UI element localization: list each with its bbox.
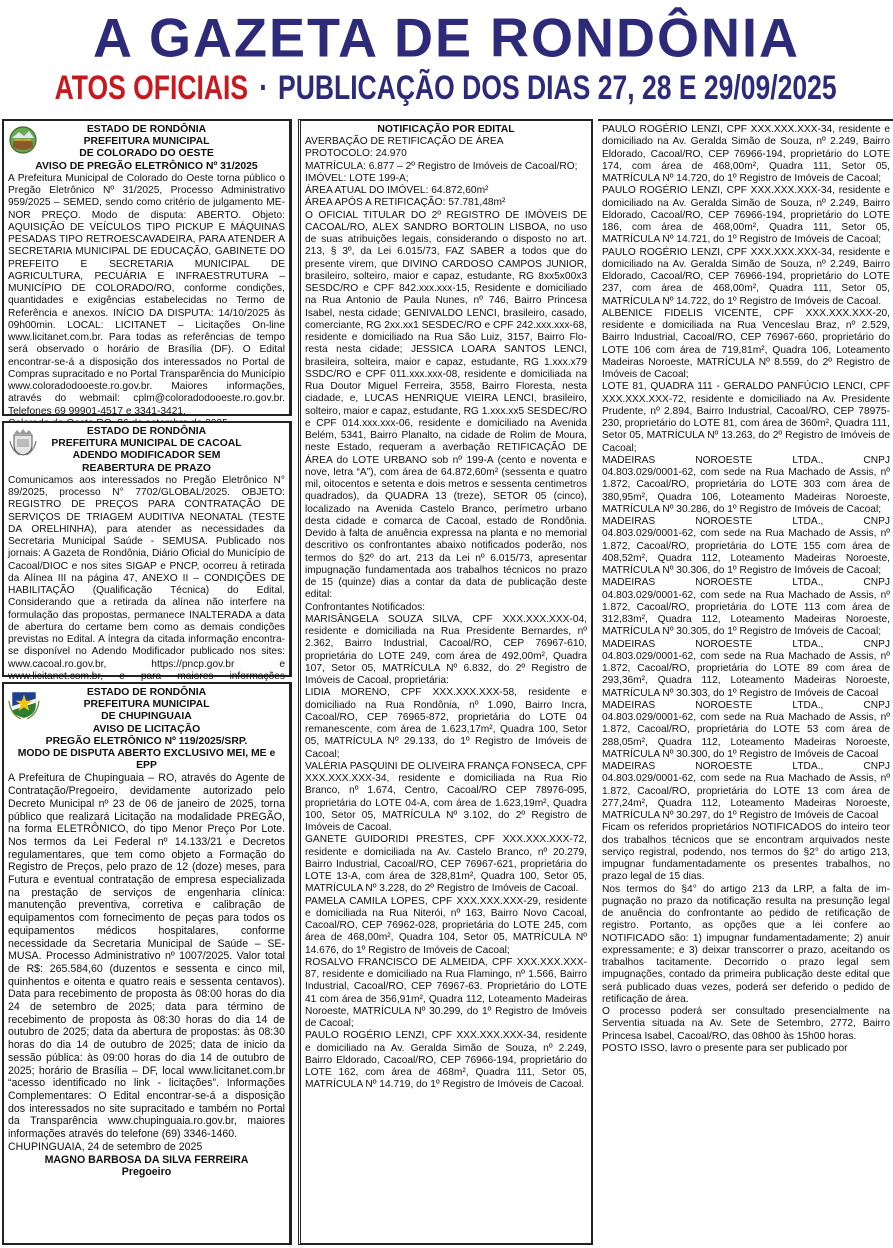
- edital-header-line: AVERBAÇÃO DE RETIFICAÇÃO DE ÁREA: [305, 136, 587, 148]
- edital-closing-paragraph: Nos termos do §4° do artigo 213 da LRP, …: [602, 884, 890, 1007]
- confrontante-entry: PAULO ROGÉRIO LENZI, CPF XXX.XXX.XXX-34,…: [305, 1030, 587, 1091]
- company-name-word: LTDA.,: [792, 455, 823, 467]
- madeiras-header: MADEIRASNOROESTELTDA.,CNPJ: [602, 639, 890, 651]
- edital-column-right: PAULO ROGÉRIO LENZI, CPF XXX.XXX.XXX-34,…: [598, 119, 893, 1245]
- confrontante-entry: PAMELA CAMILA LOPES, CPF XXX.XXX.XXX-29,…: [305, 896, 587, 957]
- madeiras-entry: 04.803.029/0001-62, com sede na Rua Mach…: [602, 467, 890, 516]
- edital-closing-paragraph: O processo poderá ser consultado presenc…: [602, 1006, 890, 1043]
- notice-heading-line: DE CHUPINGUAIA: [8, 711, 285, 723]
- separator-dot: ·: [259, 66, 268, 110]
- confrontante-entry: ALBENICE FIDELIS VICENTE, CPF XXX.XXX.XX…: [602, 308, 890, 382]
- madeiras-header: MADEIRASNOROESTELTDA.,CNPJ: [602, 455, 890, 467]
- signatory-name: MAGNO BARBOSA DA SILVA FERREIRA: [4, 1154, 289, 1166]
- edital-closing-paragraph: Ficam os referidos proprietários NOTIFIC…: [602, 822, 890, 883]
- edital-header-line: ÁREA APÓS A RETIFICAÇÃO: 57.781,48m²: [305, 197, 587, 209]
- company-cnpj-label: CNPJ: [863, 577, 890, 589]
- company-cnpj-label: CNPJ: [863, 639, 890, 651]
- notice-cacoal: ESTADO DE RONDÔNIA PREFEITURA MUNICIPAL …: [2, 421, 292, 677]
- notice-heading-line: PREFEITURA MUNICIPAL: [8, 136, 285, 148]
- notice-heading-line: ESTADO DE RONDÔNIA: [8, 426, 285, 438]
- notice-heading-line: MODO DE DISPUTA ABERTO EXCLUSIVO MEI, ME…: [8, 748, 285, 772]
- notice-heading-line: PREFEITURA MUNICIPAL: [8, 699, 285, 711]
- confrontante-entry: ROSALVO FRANCISCO DE ALMEIDA, CPF XXX.XX…: [305, 957, 587, 1031]
- notice-heading-line: AVISO DE LICITAÇÃO: [8, 724, 285, 736]
- madeiras-header: MADEIRASNOROESTELTDA.,CNPJ: [602, 516, 890, 528]
- company-name-word: MADEIRAS: [602, 455, 655, 467]
- edital-header-line: ÁREA ATUAL DO IMÓVEL: 64.872,60m²: [305, 185, 587, 197]
- company-name-word: NOROESTE: [695, 639, 752, 651]
- company-cnpj-label: CNPJ: [863, 455, 890, 467]
- company-name-word: LTDA.,: [792, 516, 823, 528]
- edital-title: NOTIFICAÇÃO POR EDITAL: [305, 124, 587, 136]
- company-cnpj-label: CNPJ: [863, 700, 890, 712]
- confrontante-entry: VALÉRIA PASQUINI DE OLIVEIRA FRANÇA FONS…: [305, 761, 587, 835]
- company-name-word: LTDA.,: [792, 700, 823, 712]
- section-label: ATOS OFICIAIS: [55, 66, 249, 110]
- masthead: A GAZETA DE RONDÔNIA ATOS OFICIAIS · PUB…: [0, 0, 893, 116]
- notice-body: A Prefeitura Municipal de Colorado do Oe…: [4, 173, 289, 418]
- rondonia-coat-of-arms-icon: [7, 688, 41, 720]
- cacoal-coat-of-arms-icon: [8, 427, 38, 457]
- edital-column-middle: NOTIFICAÇÃO POR EDITAL AVERBAÇÃO DE RETI…: [298, 119, 593, 1245]
- publication-dates: PUBLICAÇÃO DOS DIAS 27, 28 E 29/09/2025: [278, 66, 837, 110]
- edital-header-line: IMÓVEL: LOTE 199-A;: [305, 173, 587, 185]
- company-name-word: MADEIRAS: [602, 577, 655, 589]
- company-cnpj-label: CNPJ: [863, 761, 890, 773]
- company-cnpj-label: CNPJ: [863, 516, 890, 528]
- confrontante-entry: MARISÂNGELA SOUZA SILVA, CPF XXX.XXX.XXX…: [305, 614, 587, 688]
- notice-header: ESTADO DE RONDÔNIA PREFEITURA MUNICIPAL …: [4, 121, 289, 173]
- madeiras-entry: 04.803.029/0001-62, com sede na Rua Mach…: [602, 773, 890, 822]
- notice-chupinguaia: ESTADO DE RONDÔNIA PREFEITURA MUNICIPAL …: [2, 682, 292, 1245]
- notice-heading-line: ESTADO DE RONDÔNIA: [8, 124, 285, 136]
- company-name-word: LTDA.,: [792, 577, 823, 589]
- confrontante-entry: PAULO ROGÉRIO LENZI, CPF XXX.XXX.XXX-34,…: [602, 247, 890, 308]
- edital-continuation: PAULO ROGÉRIO LENZI, CPF XXX.XXX.XXX-34,…: [598, 121, 893, 1055]
- notice-body: A Prefeitura de Chupinguaia – RO, atravé…: [4, 772, 289, 1140]
- confrontante-entry: GANETE GUIDORIDI PRESTES, CPF XXX.XXX.XX…: [305, 834, 587, 895]
- signatory-role: Pregoeiro: [4, 1166, 289, 1178]
- edital-body: NOTIFICAÇÃO POR EDITAL AVERBAÇÃO DE RETI…: [301, 121, 591, 1092]
- section-banner: ATOS OFICIAIS · PUBLICAÇÃO DOS DIAS 27, …: [0, 66, 893, 110]
- company-name-word: NOROESTE: [695, 761, 752, 773]
- confrontante-entry: LIDIA MORENO, CPF XXX.XXX.XXX-58, reside…: [305, 687, 587, 761]
- company-name-word: MADEIRAS: [602, 700, 655, 712]
- madeiras-header: MADEIRASNOROESTELTDA.,CNPJ: [602, 700, 890, 712]
- madeiras-entry: 04.803.029/0001-62, com sede na Rua Mach…: [602, 651, 890, 700]
- edital-header-line: MATRÍCULA: 6.877 – 2º Registro de Imóvei…: [305, 161, 587, 173]
- madeiras-entry: 04.803.029/0001-62, com sede na Rua Mach…: [602, 528, 890, 577]
- notice-colorado-do-oeste: ESTADO DE RONDÔNIA PREFEITURA MUNICIPAL …: [2, 119, 292, 416]
- company-name-word: MADEIRAS: [602, 639, 655, 651]
- confrontante-entry: LOTE 81, QUADRA 111 - GERALDO PANFÚCIO L…: [602, 381, 890, 455]
- confrontante-entry: PAULO ROGÉRIO LENZI, CPF XXX.XXX.XXX-34,…: [602, 185, 890, 246]
- notice-heading-line: PREGÃO ELETRÔNICO Nº 119/2025/SRP.: [8, 736, 285, 748]
- company-name-word: NOROESTE: [695, 700, 752, 712]
- company-name-word: NOROESTE: [695, 516, 752, 528]
- edital-intro: O OFICIAL TITULAR DO 2º REGISTRO DE IMÓV…: [305, 210, 587, 602]
- company-name-word: MADEIRAS: [602, 516, 655, 528]
- edital-header-line: PROTOCOLO: 24.970: [305, 148, 587, 160]
- newspaper-title: A GAZETA DE RONDÔNIA: [0, 7, 893, 68]
- colorado-coat-of-arms-icon: [8, 125, 38, 155]
- notice-header: ESTADO DE RONDÔNIA PREFEITURA MUNICIPAL …: [4, 684, 289, 772]
- notice-heading-line: PREFEITURA MUNICIPAL DE CACOAL: [8, 438, 285, 450]
- notice-heading-line: DE COLORADO DO OESTE: [8, 148, 285, 160]
- notice-header: ESTADO DE RONDÔNIA PREFEITURA MUNICIPAL …: [4, 423, 289, 475]
- notice-heading-line: REABERTURA DE PRAZO: [8, 463, 285, 475]
- notice-heading-line: ADENDO MODIFICADOR SEM: [8, 450, 285, 462]
- confrontante-entry: PAULO ROGÉRIO LENZI, CPF XXX.XXX.XXX-34,…: [602, 124, 890, 185]
- company-name-word: NOROESTE: [695, 455, 752, 467]
- company-name-word: LTDA.,: [792, 761, 823, 773]
- company-name-word: NOROESTE: [695, 577, 752, 589]
- madeiras-entry: 04.803.029/0001-62, com sede na Rua Mach…: [602, 712, 890, 761]
- notice-heading-line: ESTADO DE RONDÔNIA: [8, 687, 285, 699]
- madeiras-header: MADEIRASNOROESTELTDA.,CNPJ: [602, 577, 890, 589]
- notice-place-date: CHUPINGUAIA, 24 de setembro de 2025: [4, 1141, 289, 1154]
- madeiras-header: MADEIRASNOROESTELTDA.,CNPJ: [602, 761, 890, 773]
- confrontantes-label: Confrontantes Notificados:: [305, 602, 587, 614]
- edital-closing-paragraph: POSTO ISSO, lavro o presente para ser pu…: [602, 1043, 890, 1055]
- company-name-word: LTDA.,: [792, 639, 823, 651]
- madeiras-entry: 04.803.029/0001-62, com sede na Rua Mach…: [602, 590, 890, 639]
- company-name-word: MADEIRAS: [602, 761, 655, 773]
- notice-heading-line: AVISO DE PREGÃO ELETRÔNICO Nº 31/2025: [8, 161, 285, 173]
